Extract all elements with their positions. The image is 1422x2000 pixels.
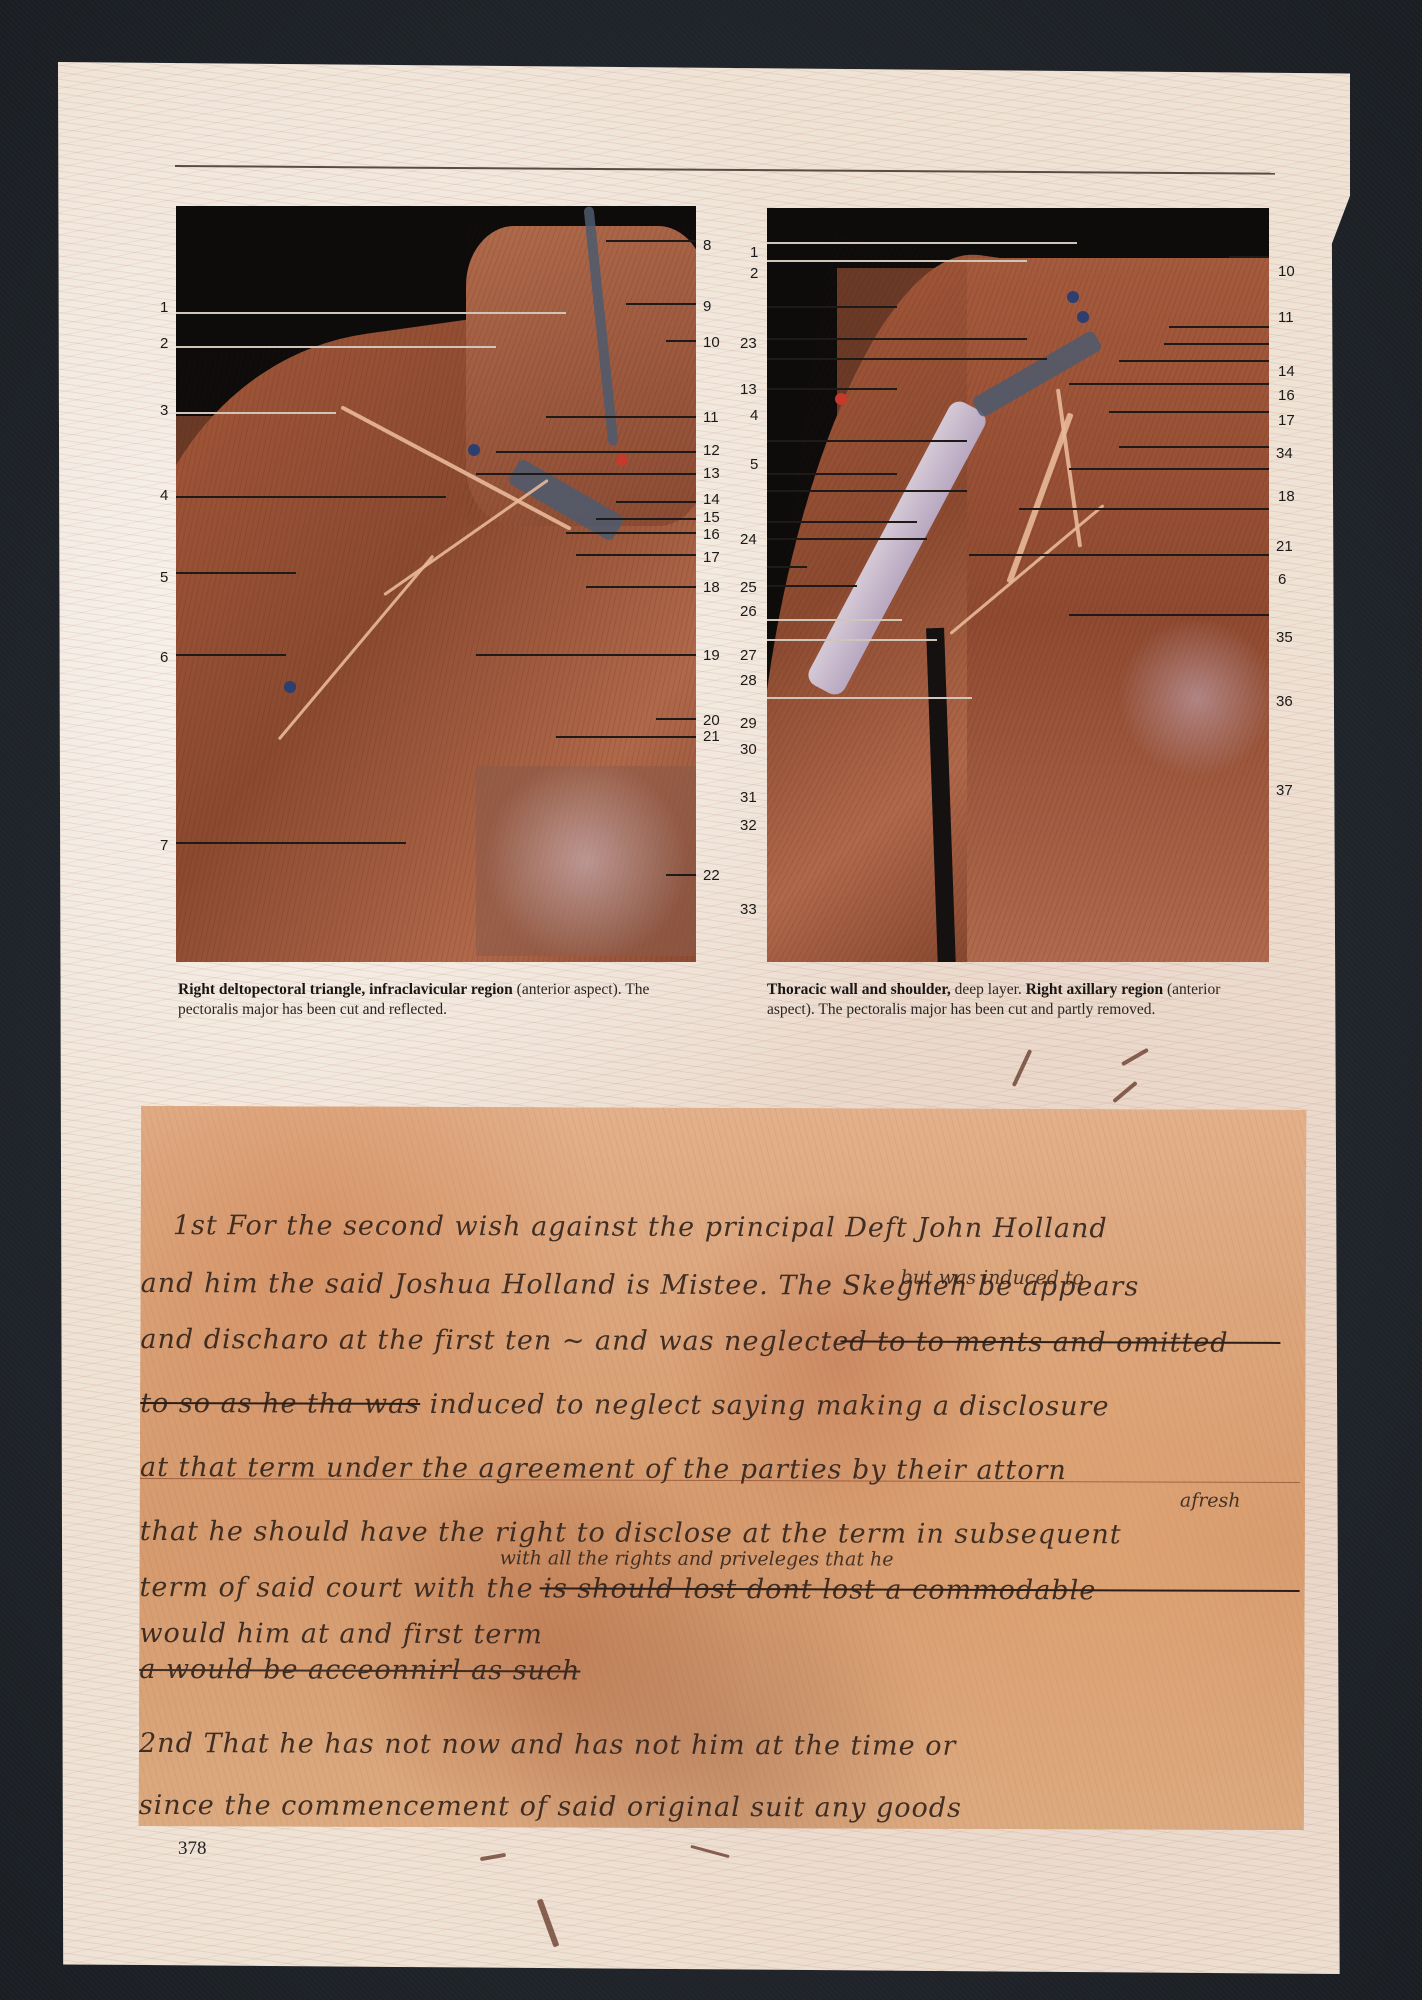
manuscript-line-4: to so as he tha was induced to neglect s… (140, 1388, 1109, 1422)
label-mid-17: 17 (703, 550, 720, 566)
label-right-27: 27 (740, 648, 757, 664)
page-number: 378 (178, 1838, 207, 1860)
manuscript-line-9: a would be acceonnirl as such (139, 1654, 580, 1687)
label-far-6: 6 (1278, 572, 1286, 588)
label-far-36: 36 (1276, 694, 1293, 710)
label-mid-16: 16 (703, 527, 720, 543)
label-mid-20: 20 (703, 713, 720, 729)
manuscript-insert-2: afresh (1180, 1490, 1241, 1512)
label-right-1: 1 (750, 245, 758, 261)
manuscript-line-8: would him at and first term (139, 1618, 543, 1650)
label-far-18: 18 (1278, 489, 1295, 505)
label-left-6: 6 (160, 650, 168, 666)
label-mid-22: 22 (703, 868, 720, 884)
caption-right-mid: deep layer. (951, 981, 1026, 998)
label-left-3: 3 (160, 403, 168, 419)
label-mid-13: 13 (703, 466, 720, 482)
label-far-14: 14 (1278, 364, 1295, 380)
label-right-28: 28 (740, 673, 757, 689)
label-far-17: 17 (1278, 413, 1295, 429)
label-right-24: 24 (740, 532, 757, 548)
label-right-32: 32 (740, 818, 757, 834)
pectoral-muscle (466, 226, 696, 526)
manuscript-insert-3: with all the rights and priveleges that … (500, 1547, 894, 1570)
caption-right-region: Right axillary region (1026, 981, 1164, 998)
thoracic-wall-highlight (1117, 618, 1269, 778)
handwritten-manuscript: but was induced to afresh with all the r… (139, 1106, 1307, 1830)
anatomy-plate-deltopectoral (176, 206, 696, 962)
label-right-25: 25 (740, 580, 757, 596)
label-left-7: 7 (160, 838, 168, 854)
serratus-muscle (967, 258, 1269, 962)
label-left-4: 4 (160, 488, 168, 504)
label-right-4: 4 (750, 408, 758, 424)
label-left-1: 1 (160, 300, 168, 316)
label-right-33: 33 (740, 902, 757, 918)
label-right-26: 26 (740, 604, 757, 620)
caption-right-title: Thoracic wall and shoulder, (767, 981, 951, 998)
anatomy-plate-axillary (767, 208, 1269, 962)
manuscript-line-2: and him the said Joshua Holland is Miste… (141, 1268, 1140, 1302)
label-far-35: 35 (1276, 630, 1293, 646)
label-right-2: 2 (750, 266, 758, 282)
label-mid-9: 9 (703, 299, 711, 315)
label-mid-12: 12 (703, 443, 720, 459)
manuscript-line-1: 1st For the second wish against the prin… (173, 1210, 1108, 1244)
label-right-30: 30 (740, 742, 757, 758)
label-mid-15: 15 (703, 510, 720, 526)
label-far-21: 21 (1276, 539, 1293, 555)
label-mid-10: 10 (703, 335, 720, 351)
label-left-5: 5 (160, 570, 168, 586)
label-mid-21: 21 (703, 729, 720, 745)
label-far-34: 34 (1276, 446, 1293, 462)
caption-left-title: Right deltopectoral triangle, infraclavi… (178, 981, 513, 998)
red-pin-marker (835, 393, 847, 405)
label-mid-8: 8 (703, 238, 711, 254)
caption-left: Right deltopectoral triangle, infraclavi… (178, 980, 708, 1020)
manuscript-line-11: since the commencement of said original … (139, 1790, 962, 1824)
manuscript-line-6: that he should have the right to disclos… (140, 1516, 1122, 1550)
label-mid-19: 19 (703, 648, 720, 664)
label-right-5: 5 (750, 457, 758, 473)
caption-right: Thoracic wall and shoulder, deep layer. … (767, 980, 1267, 1020)
blue-pin-marker (1077, 311, 1089, 323)
label-right-29: 29 (740, 716, 757, 732)
label-far-10: 10 (1278, 264, 1295, 280)
label-right-13: 13 (740, 382, 757, 398)
manuscript-line-10: 2nd That he has not now and has not him … (139, 1728, 956, 1762)
label-mid-14: 14 (703, 492, 720, 508)
label-far-11: 11 (1278, 310, 1294, 326)
label-left-2: 2 (160, 336, 168, 352)
blue-pin-marker (1067, 291, 1079, 303)
blue-pin-marker (468, 444, 480, 456)
label-right-23: 23 (740, 336, 757, 352)
label-mid-11: 11 (703, 410, 719, 426)
label-right-31: 31 (740, 790, 757, 806)
red-pin-marker (616, 454, 628, 466)
label-mid-18: 18 (703, 580, 720, 596)
label-far-16: 16 (1278, 388, 1295, 404)
thoracic-wall-highlight (476, 766, 696, 956)
label-far-37: 37 (1276, 783, 1293, 799)
blue-pin-marker (284, 681, 296, 693)
